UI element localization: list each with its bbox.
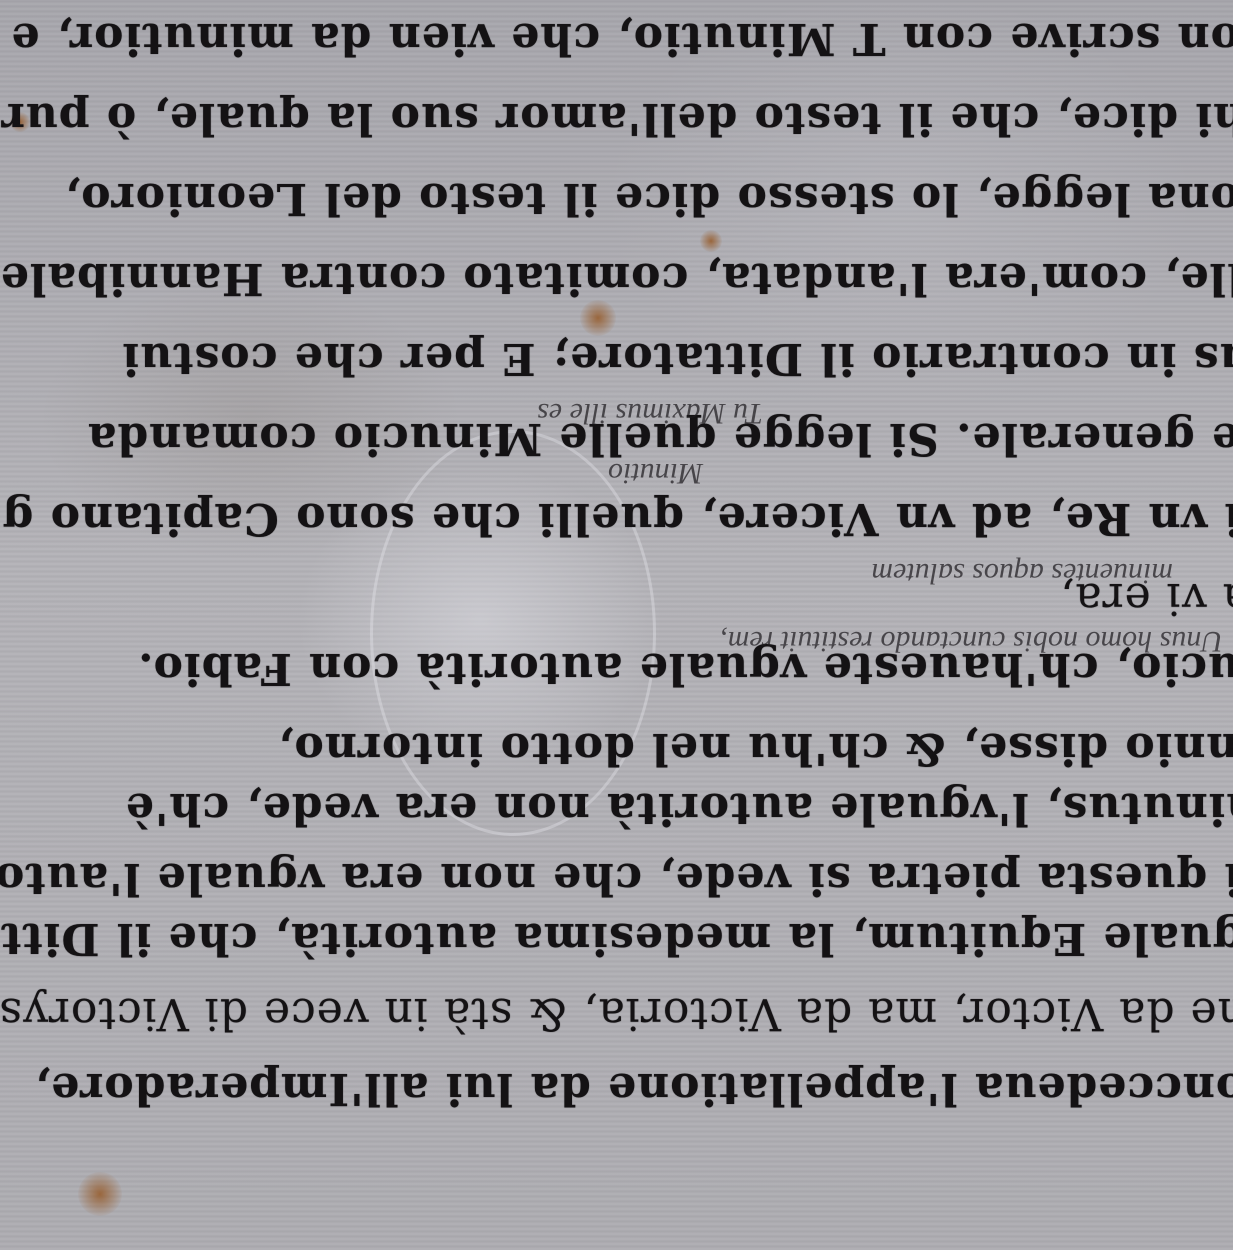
text-line: minutus, l'vguale autorità non era vede,…	[125, 786, 1233, 830]
printed-page-photo: non scrive con T Minutio, che vien da mi…	[0, 0, 1233, 1250]
text-line: non scrive con T Minutio, che vien da mi…	[11, 16, 1233, 60]
text-line: di questa pietra si vede, che non era vg…	[0, 856, 1233, 900]
bleed-through-text: Unus homo nobis cunctando restituit rem,	[720, 624, 1223, 658]
bleed-through-text: minuentes aquos salutem	[871, 556, 1173, 590]
text-line: di vn Re, ad vn Vicere, quelli che sono …	[2, 496, 1233, 540]
bleed-through-text: Tu Maximus ille es	[537, 396, 763, 430]
text-line: chi dice, che il testo dell'amor suo la …	[1, 96, 1233, 140]
text-line: ene da Victor, ma da Victoria, & stà in …	[0, 991, 1233, 1035]
page-text-rotated: non scrive con T Minutio, che vien da mi…	[0, 0, 1233, 1250]
text-line: aguale Equitum, la medesima autorità, ch…	[0, 916, 1233, 960]
text-line: tus in contrario il Dittatore; E per che…	[122, 336, 1233, 380]
text-line: Ennio disse, & ch'hu nel dotto intorno,	[277, 726, 1233, 770]
text-line: elle, com'era l'andata, comitato contra …	[0, 256, 1233, 300]
text-line: conccedeua l'appellatione da lui all'Imp…	[34, 1066, 1233, 1110]
text-line: nona legge, lo stesso dice il testo del …	[64, 176, 1233, 220]
bleed-through-text: Minutio	[608, 456, 703, 490]
